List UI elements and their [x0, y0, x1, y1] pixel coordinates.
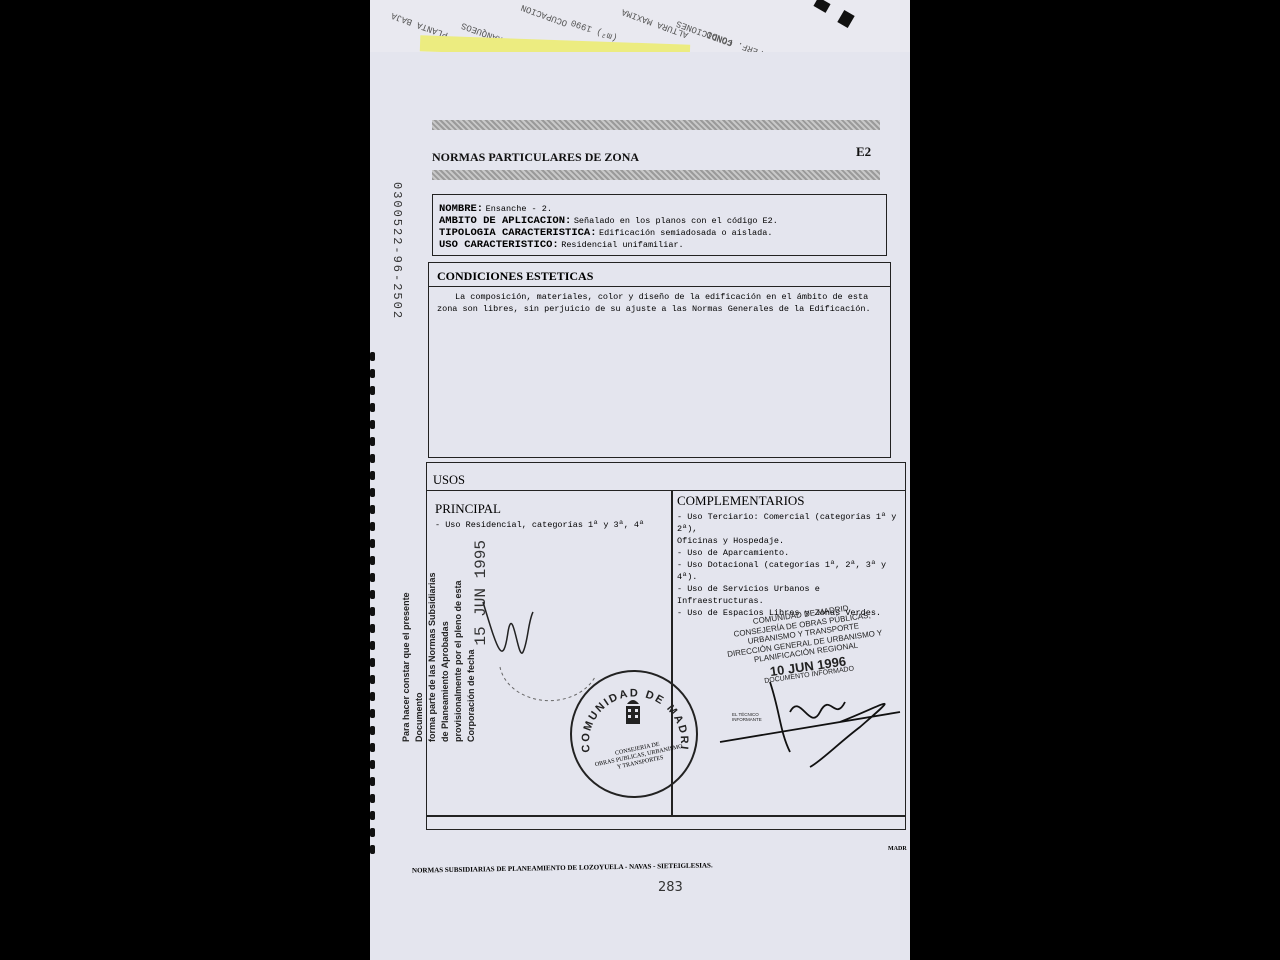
document-page: 0300522-96-2502 NORMAS PARTICULARES DE Z…	[370, 52, 910, 960]
approval-note-stamp: Para hacer constar que el presente Docum…	[400, 542, 478, 742]
info-row-tipologia: TIPOLOGIA CARACTERISTICA: Edificación se…	[439, 227, 880, 239]
header-band-top	[432, 120, 880, 130]
info-row-nombre: NOMBRE: Ensanche - 2.	[439, 203, 880, 215]
zone-info-box: NOMBRE: Ensanche - 2. AMBITO DE APLICACI…	[432, 194, 887, 256]
condiciones-esteticas-box: CONDICIONES ESTETICAS La composición, ma…	[428, 262, 891, 458]
box-bottom-line	[427, 815, 905, 817]
official-signature-icon	[710, 672, 910, 772]
info-row-ambito: AMBITO DE APLICACION: Señalado en los pl…	[439, 215, 880, 227]
complementarios-heading: COMPLEMENTARIOS	[677, 493, 903, 509]
page-title: NORMAS PARTICULARES DE ZONA	[432, 150, 639, 165]
comunidad-madrid-seal: COMUNIDAD DE MADRID CONSEJERIA DE OBRAS …	[570, 670, 698, 798]
footer-right-mark: MADR	[888, 846, 907, 852]
section-title: CONDICIONES ESTETICAS	[429, 263, 890, 287]
underlying-pages: PLANTA BAJA RETRANQUEOS OCUPACION (m²) 1…	[370, 0, 910, 60]
list-item: - Uso Residencial, categorías 1ª y 3ª, 4…	[435, 519, 665, 531]
page-number: 283	[658, 880, 683, 895]
binder-clip-mark	[837, 10, 854, 28]
seal-ring-text: COMUNIDAD DE MADRID	[572, 672, 696, 796]
list-item: Oficinas y Hospedaje.	[677, 535, 903, 547]
header-band-bottom	[432, 170, 880, 180]
binder-clip-mark	[813, 0, 830, 13]
usos-principal: PRINCIPAL - Uso Residencial, categorías …	[435, 501, 665, 531]
list-item: - Uso Terciario: Comercial (categorías 1…	[677, 511, 903, 535]
section-title: USOS	[427, 463, 905, 491]
zone-code: E2	[856, 144, 871, 160]
binding-holes	[370, 352, 378, 872]
footer-title: NORMAS SUBSIDIARIAS DE PLANEAMIENTO DE L…	[412, 861, 713, 874]
document-photo: PLANTA BAJA RETRANQUEOS OCUPACION (m²) 1…	[370, 0, 910, 960]
side-registration-code: 0300522-96-2502	[390, 182, 404, 320]
section-text: La composición, materiales, color y dise…	[429, 287, 890, 319]
coat-of-arms-icon	[624, 696, 642, 728]
underlay-fragment: (m²) 1990	[570, 17, 619, 43]
underlay-fragment: OCUPACION	[520, 2, 569, 28]
principal-heading: PRINCIPAL	[435, 501, 665, 517]
info-row-uso: USO CARACTERISTICO: Residencial unifamil…	[439, 239, 880, 251]
list-item: - Uso de Aparcamiento.	[677, 547, 903, 559]
list-item: - Uso Dotacional (categorías 1ª, 2ª, 3ª …	[677, 559, 903, 583]
